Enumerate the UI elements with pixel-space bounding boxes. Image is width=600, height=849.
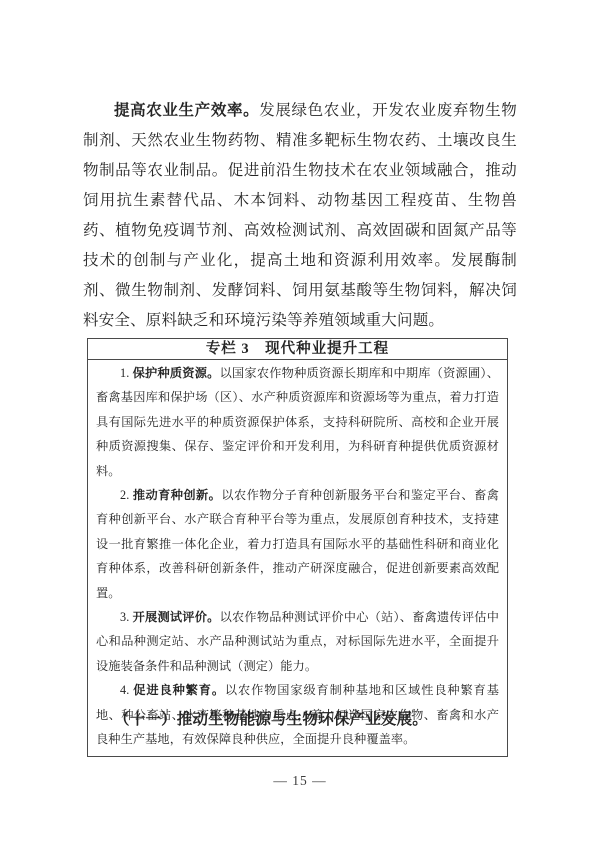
intro-paragraph-body: 发展绿色农业，开发农业废弃物生物制剂、天然农业生物药物、精准多靶标生物农药、土壤… <box>83 102 517 329</box>
feature-box-body: 1. 保护种质资源。以国家农作物种质资源长期库和中期库（资源圃）、畜禽基因库和保… <box>88 360 507 756</box>
box-item-3: 3. 开展测试评价。以农作物品种测试评价中心（站）、畜禽遗传评估中心和品种测定站… <box>96 605 499 678</box>
intro-paragraph: 提高农业生产效率。发展绿色农业，开发农业废弃物生物制剂、天然农业生物药物、精准多… <box>83 96 517 336</box>
box-item-3-number: 3. <box>120 610 133 624</box>
feature-box: 专栏 3 现代种业提升工程 1. 保护种质资源。以国家农作物种质资源长期库和中期… <box>87 338 508 757</box>
box-item-2-lead: 推动育种创新。 <box>133 488 221 502</box>
intro-paragraph-lead: 提高农业生产效率。 <box>114 102 259 119</box>
box-item-4-number: 4. <box>120 683 133 697</box>
box-item-1-body: 以国家农作物种质资源长期库和中期库（资源圃）、畜禽基因库和保护场（区）、水产种质… <box>96 366 499 478</box>
document-page: 提高农业生产效率。发展绿色农业，开发农业废弃物生物制剂、天然农业生物药物、精准多… <box>0 0 600 849</box>
box-item-2-body: 以农作物分子育种创新服务平台和鉴定平台、畜禽育种创新平台、水产联合育种平台等为重… <box>96 488 499 600</box>
page-number: — 15 — <box>0 772 600 790</box>
box-item-1-number: 1. <box>120 366 133 380</box>
box-item-1-lead: 保护种质资源。 <box>133 366 220 380</box>
feature-box-title: 专栏 3 现代种业提升工程 <box>88 339 507 360</box>
section-heading: （十一）推动生物能源与生物环保产业发展。 <box>83 705 517 735</box>
box-item-3-lead: 开展测试评价。 <box>133 610 220 624</box>
box-item-1: 1. 保护种质资源。以国家农作物种质资源长期库和中期库（资源圃）、畜禽基因库和保… <box>96 361 499 483</box>
box-item-2-number: 2. <box>120 488 133 502</box>
box-item-4-lead: 促进良种繁育。 <box>133 683 225 697</box>
box-item-2: 2. 推动育种创新。以农作物分子育种创新服务平台和鉴定平台、畜禽育种创新平台、水… <box>96 483 499 605</box>
